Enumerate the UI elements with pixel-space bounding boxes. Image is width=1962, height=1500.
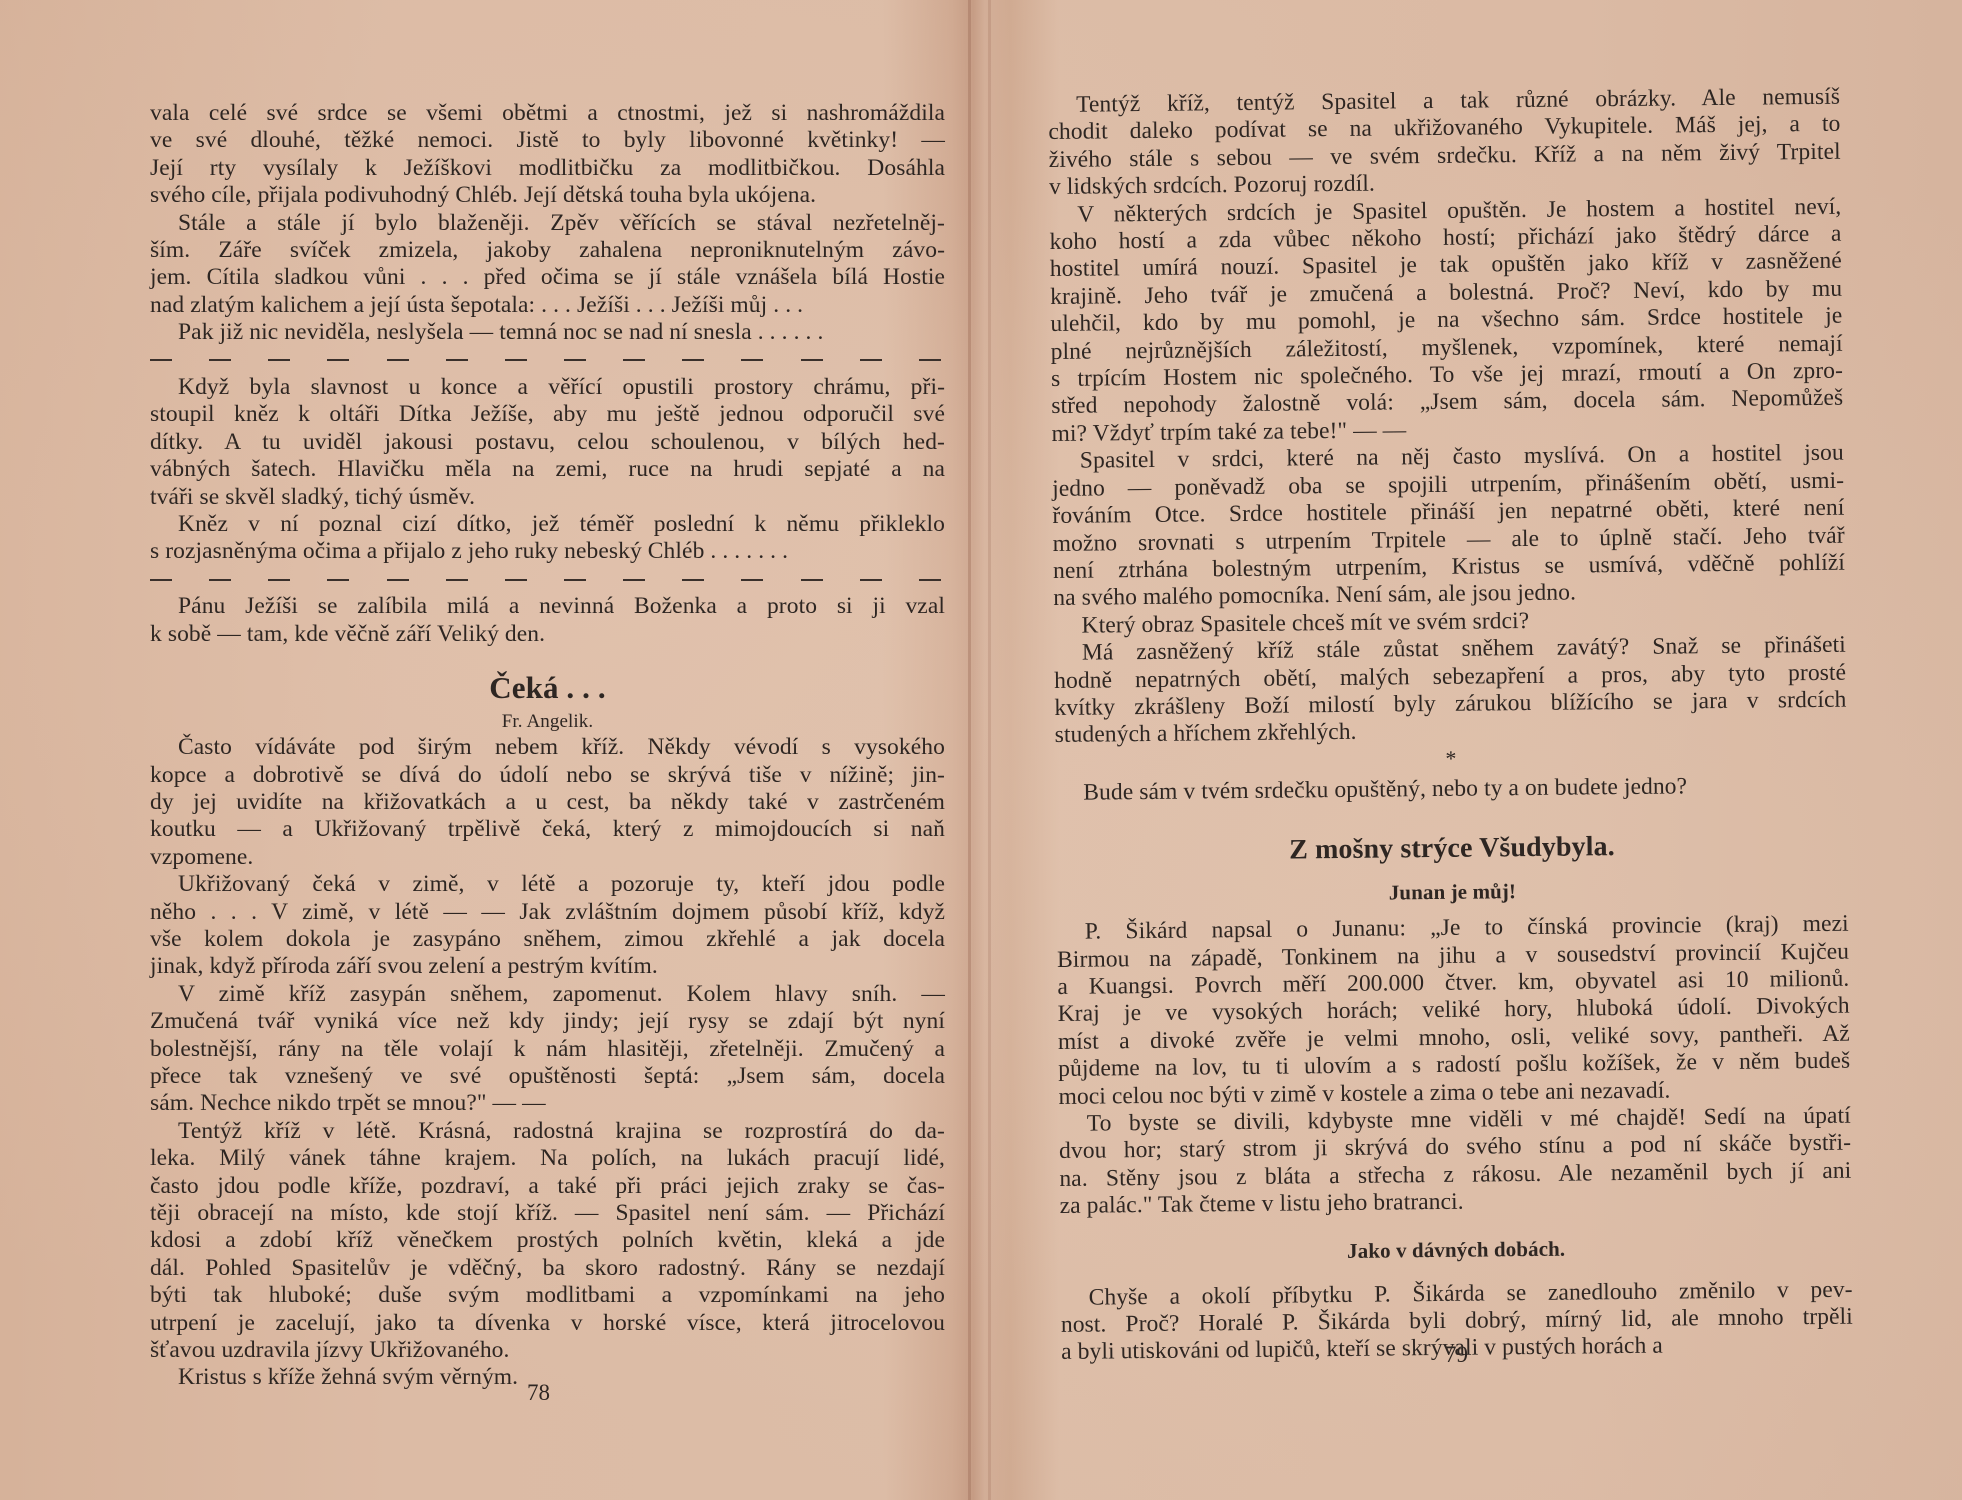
paragraph: Spasitel v srdci, které na něj často mys… <box>1052 440 1846 613</box>
paragraph: Tentýž kříž, tentýž Spasitel a tak různé… <box>1048 84 1841 202</box>
right-page-text: Tentýž kříž, tentýž Spasitel a tak různé… <box>1048 84 1853 1367</box>
paragraph: V některých srdcích je Spasitel opuštěn.… <box>1049 193 1844 448</box>
paragraph: Má zasněžený kříž stále zůstat sněhem za… <box>1054 632 1847 750</box>
text-line: Bude sám v tvém srdečku opuštěný, nebo t… <box>1055 771 1847 807</box>
paragraph: Bude sám v tvém srdečku opuštěný, nebo t… <box>1055 771 1847 807</box>
subsection-title: Jako v dávných dobách. <box>1060 1230 1852 1268</box>
paragraph: To byste se divili, kdybyste mne viděli … <box>1059 1103 1852 1221</box>
subsection-title: Junan je můj! <box>1056 873 1848 911</box>
right-page: Tentýž kříž, tentýž Spasitel a tak různé… <box>0 0 1962 1500</box>
paragraph: P. Šikárd napsal o Junanu: „Je to čínská… <box>1057 911 1851 1111</box>
section-title: Z mošny strýce Všudybyla. <box>1056 825 1848 873</box>
page-number: 79 <box>1445 1342 1468 1368</box>
